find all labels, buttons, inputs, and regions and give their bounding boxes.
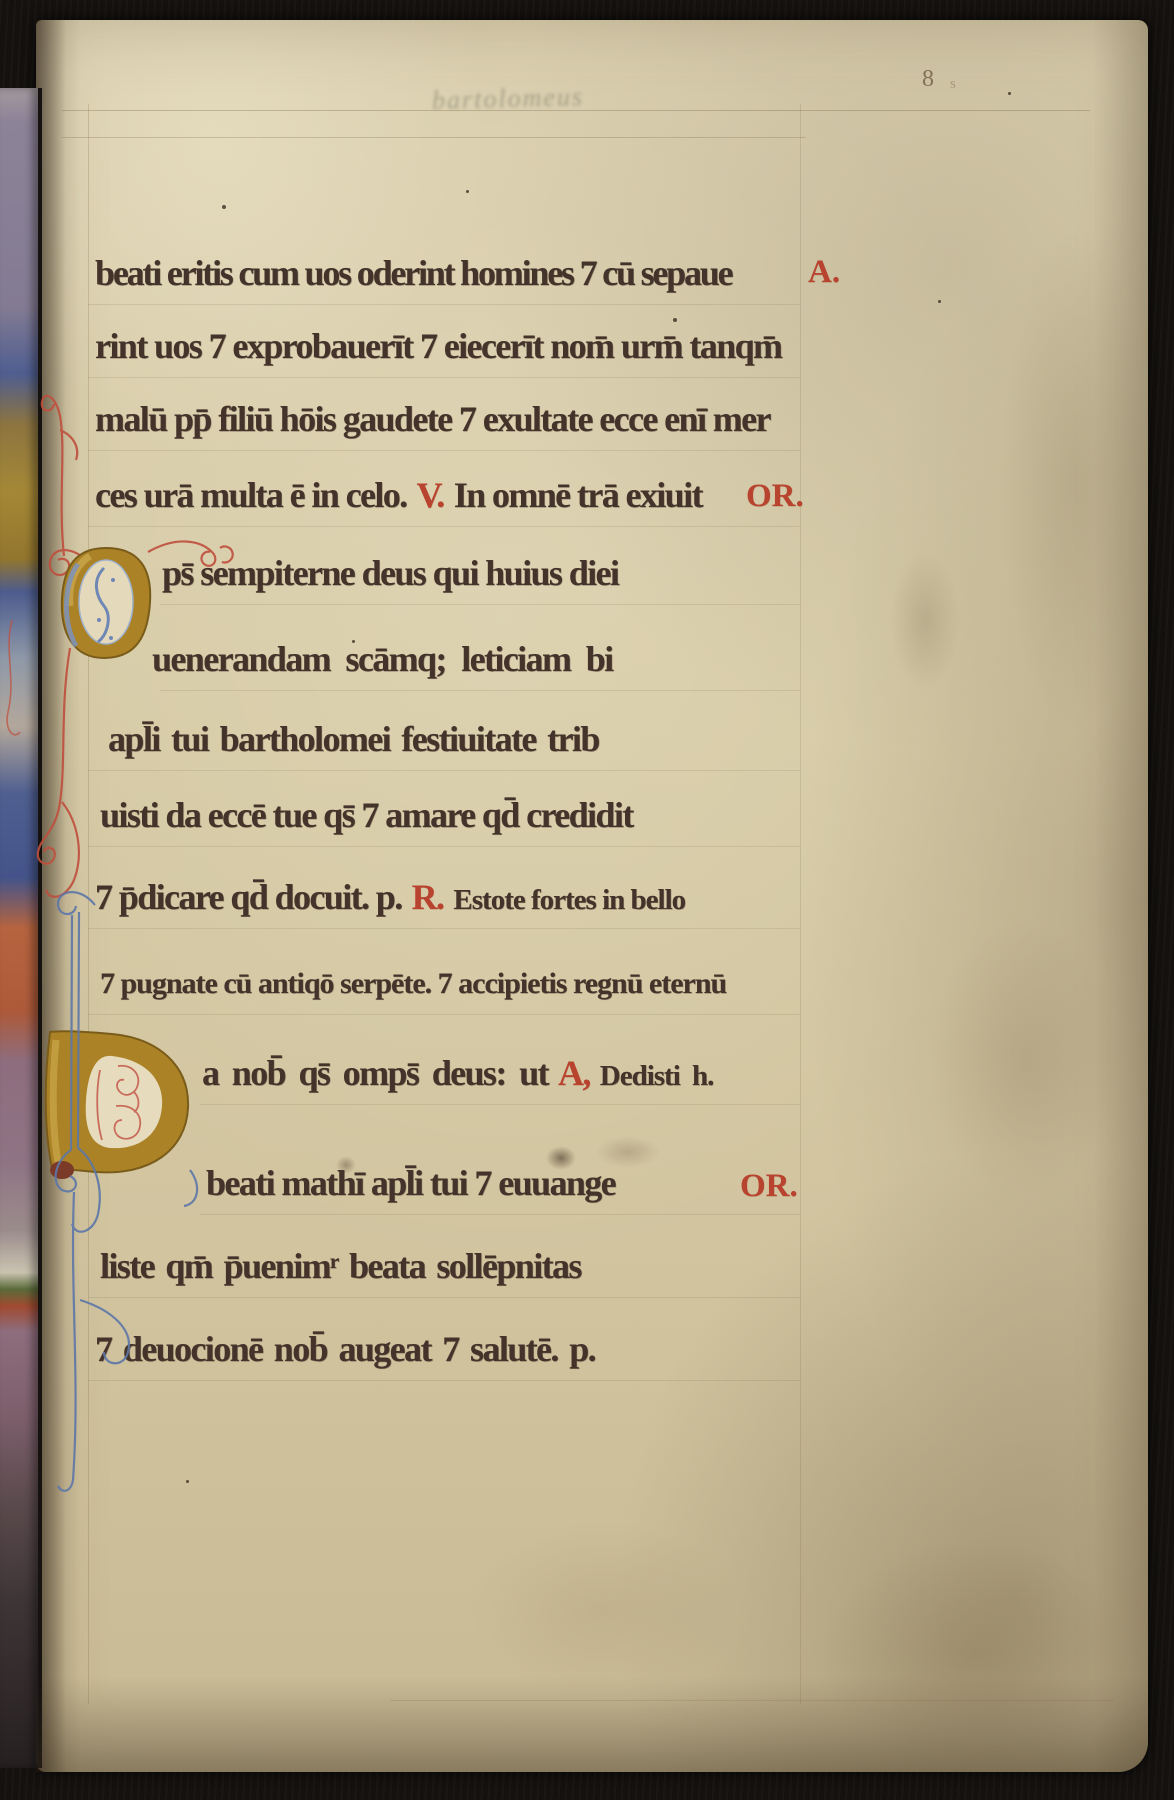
folio-mark: s [950, 76, 956, 93]
ruling-line [88, 1297, 800, 1298]
line-text: Dedisti h. [600, 1060, 714, 1092]
text-line: beati eritis cum uos oderint homines 7 c… [95, 252, 731, 294]
rubric-text: OR. [746, 478, 804, 514]
ruling-line [88, 1014, 800, 1015]
ink-speck [1008, 92, 1011, 95]
ruling-line [88, 450, 800, 451]
text-line: rint uos 7 exprobauerīt 7 eiecerīt nom̄ … [95, 325, 781, 367]
line-text: 7 deuocionē nob̄ augeat 7 salutē. p. [95, 1329, 595, 1369]
line-text: ces urā multa ē in celo. [95, 475, 407, 515]
ruling-line [88, 377, 800, 378]
photo-background: bartolomeus 8 s beati eritis cum uos ode… [0, 0, 1174, 1800]
rubric-text: V. [417, 475, 444, 515]
rubric-text: R. [412, 877, 444, 917]
line-text: beati mathī apl̄i tui 7 euuange [206, 1163, 615, 1203]
ruling-line [88, 928, 800, 929]
rubric-cue: OR. [740, 1168, 798, 1205]
text-line: ps̄ sempiterne deus qui huius diei [162, 552, 618, 594]
line-text: In omnē trā exiuit [454, 475, 702, 515]
ruling-line [62, 137, 806, 138]
text-line: beati mathī apl̄i tui 7 euuange [206, 1162, 615, 1204]
line-text: beati eritis cum uos oderint homines 7 c… [95, 253, 731, 293]
rubric-text: A, [558, 1053, 590, 1093]
ruling-line [88, 104, 89, 1704]
ruling-line [800, 104, 801, 1704]
line-text: uenerandam scāmq; leticiam bi [152, 639, 613, 679]
line-text: 7 p̄dicare qd̄ docuit. p. [95, 877, 402, 917]
rubric-text: OR. [740, 1168, 798, 1204]
text-line: 7 p̄dicare qd̄ docuit. p.R.Estote fortes… [95, 876, 685, 918]
folio-number: 8 [922, 66, 934, 93]
ruling-line [88, 304, 800, 305]
ruling-line [88, 770, 800, 771]
rubric-cue: A. [808, 254, 840, 291]
text-line: malū pp̄ filiū hōis gaudete 7 exultate e… [95, 398, 770, 440]
line-text: Estote fortes in bello [453, 884, 685, 916]
text-line: a nob̄ qs̄ omps̄ deus: utA,Dedisti h. [202, 1052, 713, 1094]
text-line: uenerandam scāmq; leticiam bi [152, 638, 613, 680]
ink-speck [186, 1480, 189, 1483]
text-line: uisti da eccē tue qs̄ 7 amare qd̄ credid… [100, 794, 633, 836]
rubric-cue: OR. [746, 478, 804, 515]
line-text: rint uos 7 exprobauerīt 7 eiecerīt nom̄ … [95, 326, 781, 366]
facing-page-edge [0, 88, 42, 1768]
rubric-text: A. [808, 254, 840, 290]
page-bottom-shadow [36, 1676, 1148, 1772]
ruling-line [160, 690, 800, 691]
ruling-line [88, 1380, 800, 1381]
ruling-line [200, 1214, 800, 1215]
text-line: ces urā multa ē in celo.V.In omnē trā ex… [95, 474, 702, 516]
line-text: ps̄ sempiterne deus qui huius diei [162, 553, 618, 593]
text-line: apl̄i tui bartholomei festiuitate trib [108, 718, 599, 760]
ink-speck [673, 318, 677, 322]
ink-speck [466, 190, 469, 193]
text-line: liste qm̄ p̄uenimʳ beata sollēpnitas [100, 1245, 581, 1287]
ink-speck [352, 640, 355, 643]
line-text: 7 pugnate cū antiqō serpēte. 7 accipieti… [100, 967, 726, 1000]
line-text: apl̄i tui bartholomei festiuitate trib [108, 719, 599, 759]
ruling-line [160, 604, 800, 605]
ruling-line [88, 526, 800, 527]
ink-speck [222, 205, 226, 209]
line-text: malū pp̄ filiū hōis gaudete 7 exultate e… [95, 399, 770, 439]
line-text: liste qm̄ p̄uenimʳ beata sollēpnitas [100, 1246, 581, 1286]
text-line: 7 deuocionē nob̄ augeat 7 salutē. p. [95, 1328, 595, 1370]
ink-speck [938, 300, 941, 303]
ruling-line [88, 846, 800, 847]
ruling-line [200, 1104, 800, 1105]
text-line: 7 pugnate cū antiqō serpēte. 7 accipieti… [100, 966, 726, 1001]
line-text: a nob̄ qs̄ omps̄ deus: ut [202, 1053, 548, 1093]
ruling-line [390, 1700, 1114, 1701]
line-text: uisti da eccē tue qs̄ 7 amare qd̄ credid… [100, 795, 633, 835]
